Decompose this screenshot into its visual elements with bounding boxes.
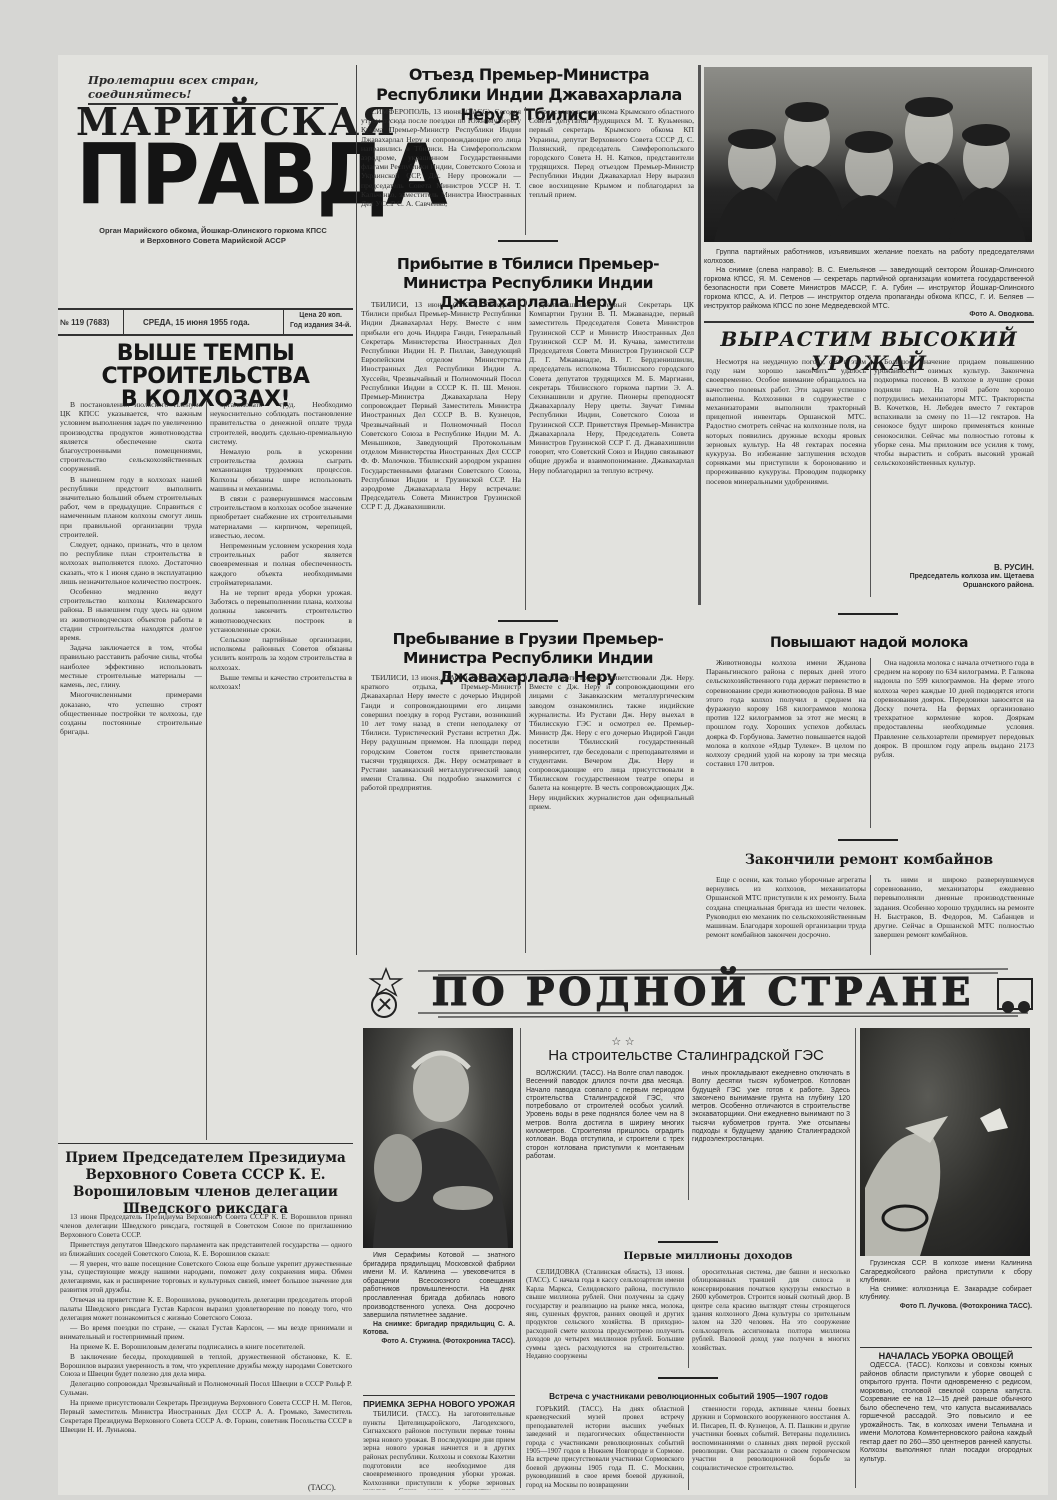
lead-paragraph: организовать труд. Необходимо неукосните… xyxy=(210,400,352,446)
strawberry-caption: Грузинская ССР. В колхозе имени Калинина… xyxy=(860,1260,1032,1311)
issue-bar: № 119 (7683) СРЕДА, 15 июня 1955 года. Ц… xyxy=(58,308,353,336)
voroshilov-paragraph: Приветствуя депутатов Шведского парламен… xyxy=(60,1241,352,1259)
lead-column-2: организовать труд. Необходимо неукосните… xyxy=(210,400,352,1140)
strawberry-caption-subject: На снимке: колхозница Е. Закарадзе собир… xyxy=(860,1286,1032,1303)
strawberry-credit: Фото П. Лучкова. (Фотохроника ТАСС). xyxy=(860,1303,1032,1312)
price: Цена 20 коп. xyxy=(290,311,351,321)
meeting-col-1: ГОРЬКИЙ. (ТАСС). На днях областной краев… xyxy=(526,1405,684,1490)
newspaper-page: Пролетарии всех стран, соединяйтесь! МАР… xyxy=(58,55,1048,1495)
milk-headline: Повышают надой молока xyxy=(704,635,1034,651)
voroshilov-paragraph: Отвечая на приветствие К. Е. Ворошилова,… xyxy=(60,1296,352,1323)
organ-line-2: и Верховного Совета Марийской АССР xyxy=(78,236,348,246)
harvest-signature: В. РУСИН. xyxy=(874,563,1034,572)
group-portrait-illustration xyxy=(704,67,1032,242)
strawberry-caption-main: Грузинская ССР. В колхозе имени Калинина… xyxy=(860,1260,1032,1286)
party-workers-caption: Группа партийных работников, изъявивших … xyxy=(704,247,1034,319)
voroshilov-paragraph: Делегацию сопровождал Чрезвычайный и Пол… xyxy=(60,1380,352,1398)
nehru-stay-col-1: ТБИЛИСИ, 13 июня. (ТАСС). Сегодня, после… xyxy=(361,673,521,953)
lead-paragraph: В нынешнем году в колхозах нашей республ… xyxy=(60,475,202,539)
publication-year: Год издания 34-й. xyxy=(290,321,351,331)
kotova-caption-main: Имя Серафимы Котовой — знатного бригадир… xyxy=(363,1252,515,1321)
section-banner-title: ПО РОДНОЙ СТРАНЕ xyxy=(408,969,998,1014)
meeting-col-2: ственности города, активные члены боевых… xyxy=(692,1405,850,1490)
nehru-departure-col-1: СИМФЕРОПОЛЬ, 13 июня. (ТАСС). Сегодня ут… xyxy=(361,107,521,235)
lead-paragraph: Непременным условием ускорения хода стро… xyxy=(210,541,352,587)
voroshilov-paragraph: 13 июня Председатель Президиума Верховно… xyxy=(60,1213,352,1240)
lead-paragraph: В постановлении июльского Пленума ЦК КПС… xyxy=(60,400,202,474)
lead-paragraph: Задача заключается в том, чтобы правильн… xyxy=(60,643,202,689)
stalingrad-col-1: ВОЛЖСКИЙ. (ТАСС). На Волге спал паводок.… xyxy=(526,1070,684,1200)
masthead-title-main: ПРАВДА xyxy=(76,133,351,217)
milk-col-1: Животноводы колхоза имени Жданова Парань… xyxy=(706,658,866,828)
millions-col-1: СЕЛИДОВКА (Сталинская область), 13 июня.… xyxy=(526,1268,684,1368)
lead-paragraph: Сельские партийные организации, исполком… xyxy=(210,635,352,672)
voroshilov-paragraph: На приеме присутствовали Секретарь Прези… xyxy=(60,1399,352,1435)
harvest-col-2: Большое значение придаем повышению урожа… xyxy=(874,357,1034,562)
combines-col-1: Еще с осени, как только уборочные агрега… xyxy=(706,875,866,955)
organ-line-1: Орган Марийского обкома, Йошкар-Олинског… xyxy=(78,226,348,236)
masthead-organ: Орган Марийского обкома, Йошкар-Олинског… xyxy=(78,226,348,246)
party-workers-photo xyxy=(704,67,1032,242)
milk-col-2: Она надоила молока с начала отчетного го… xyxy=(874,658,1034,828)
nehru-stay-col-2: металлурги горячо приветствовали Дж. Нер… xyxy=(529,673,694,953)
lead-column-1: В постановлении июльского Пленума ЦК КПС… xyxy=(60,400,202,1140)
section-banner: ПО РОДНОЙ СТРАНЕ xyxy=(358,963,1038,1021)
stalingrad-headline: На строительстве Сталинградской ГЭС xyxy=(526,1047,846,1064)
price-box: Цена 20 коп. Год издания 34-й. xyxy=(290,311,351,331)
meeting-headline: Встреча с участниками революционных собы… xyxy=(526,1391,851,1401)
star-icon xyxy=(371,969,401,995)
lead-paragraph: Особенно медленно ведут строительство ко… xyxy=(60,587,202,642)
millions-col-2: оросительная система, две башни и нескол… xyxy=(692,1268,850,1368)
lead-paragraph: Многочисленными примерами доказано, что … xyxy=(60,690,202,736)
combines-col-2: ть ними и широко развернувшемуся соревно… xyxy=(874,875,1034,955)
lead-paragraph: Немалую роль в ускорении строительства д… xyxy=(210,447,352,493)
odessa-body: ОДЕССА. (ТАСС). Колхозы и совхозы южных … xyxy=(860,1362,1032,1487)
photo-credit: Фото А. Оводкова. xyxy=(704,310,1034,319)
grain-headline: ПРИЕМКА ЗЕРНА НОВОГО УРОЖАЯ xyxy=(363,1395,515,1409)
lead-paragraph: Следует, однако, признать, что в целом п… xyxy=(60,540,202,586)
voroshilov-source: (ТАСС). xyxy=(308,1483,336,1492)
lead-paragraph: Выше темпы и качество строительства в ко… xyxy=(210,673,352,691)
millions-headline: Первые миллионы доходов xyxy=(598,1250,818,1262)
nehru-arrival-col-2: Джавахишвили, первый Секретарь ЦК Компар… xyxy=(529,300,694,610)
voroshilov-paragraph: — Я уверен, что ваше посещение Советског… xyxy=(60,1260,352,1296)
field-worker-illustration xyxy=(860,1028,1030,1256)
kotova-caption-subject: На снимке: бригадир прядильщиц С. А. Кот… xyxy=(363,1321,515,1338)
stalingrad-col-2: иных прокладывают ежедневно отключать в … xyxy=(692,1070,850,1200)
harvest-col-1: Несмотря на неудачную погоду, сев в этом… xyxy=(706,357,866,597)
voroshilov-body: 13 июня Председатель Президиума Верховно… xyxy=(60,1213,352,1483)
voroshilov-paragraph: — Во время поездки по стране, — сказал Г… xyxy=(60,1324,352,1342)
grain-body: ТБИЛИСИ. (ТАСС). На заготовительные пунк… xyxy=(363,1410,515,1490)
combines-headline: Закончили ремонт комбайнов xyxy=(704,852,1034,868)
kotova-photo xyxy=(363,1028,513,1248)
lead-paragraph: В связи с развернувшимся массовым строит… xyxy=(210,494,352,540)
lead-paragraph: На не терпит вреда уборки урожая. Заботя… xyxy=(210,588,352,634)
voroshilov-headline: Прием Председателем Президиума Верховног… xyxy=(58,1150,353,1218)
voroshilov-paragraph: На приеме К. Е. Ворошиловым делегаты под… xyxy=(60,1343,352,1352)
strawberry-harvest-photo xyxy=(860,1028,1030,1256)
lead-headline-line-1: ВЫШЕ ТЕМПЫ СТРОИТЕЛЬСТВА xyxy=(58,342,353,388)
nehru-arrival-col-1: ТБИЛИСИ, 13 июня. (ТАСС). Сегодня в Тбил… xyxy=(361,300,521,610)
voroshilov-paragraph: В заключение беседы, проходившей в тепло… xyxy=(60,1353,352,1380)
caption-main: Группа партийных работников, изъявивших … xyxy=(704,247,1034,265)
caption-names: На снимке (слева направо): В. С. Емельян… xyxy=(704,265,1034,310)
harvest-signature-block: В. РУСИН. Председатель колхоза им. Щетае… xyxy=(874,563,1034,590)
portrait-woman-illustration xyxy=(363,1028,513,1248)
kotova-credit: Фото А. Стужина. (Фотохроника ТАСС). xyxy=(363,1338,515,1347)
kotova-caption: Имя Серафимы Котовой — знатного бригадир… xyxy=(363,1252,515,1347)
issue-number: № 119 (7683) xyxy=(60,318,109,327)
odessa-headline: НАЧАЛАСЬ УБОРКА ОВОЩЕЙ xyxy=(860,1347,1032,1361)
harvest-signature-title: Председатель колхоза им. Щетаева Оршанск… xyxy=(874,572,1034,590)
issue-date: СРЕДА, 15 июня 1955 года. xyxy=(143,318,250,327)
masthead: Пролетарии всех стран, соединяйтесь! МАР… xyxy=(58,55,353,265)
nehru-departure-col-2: председатель исполкома Крымского областн… xyxy=(529,107,694,235)
